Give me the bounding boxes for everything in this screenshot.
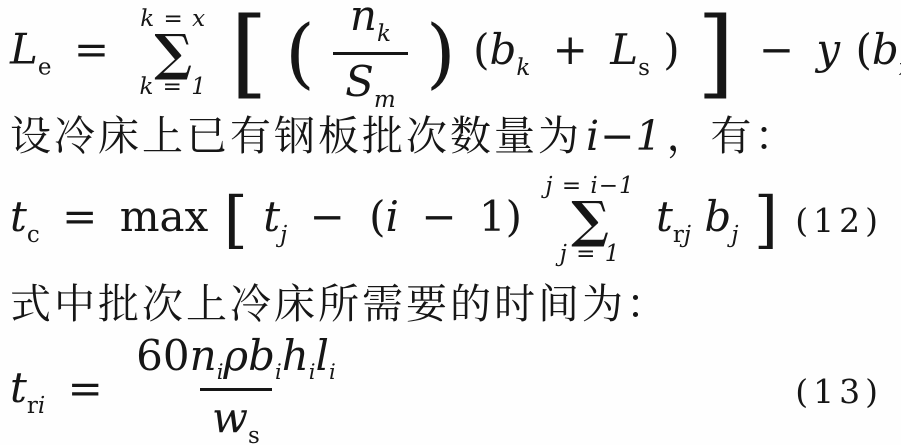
equation-number-12: (12) (795, 201, 883, 240)
subscript-e: e (38, 55, 52, 81)
subscript-i: i (38, 394, 45, 420)
group-bk-Ls: (bk + Ls ) (473, 25, 693, 74)
sigma-icon: ∑ (154, 31, 192, 75)
left-bracket: [ (224, 183, 248, 256)
fraction-numerator: 60niρbihili (128, 334, 343, 388)
summation-k: k = x ∑ k = 1 (139, 7, 206, 99)
paper-scan-page: Le = k = x ∑ k = 1 [ ( nk Sm ) (bk + Ls … (0, 0, 901, 445)
minus-sign: − (310, 192, 345, 241)
equation-number-13: (13) (795, 372, 883, 411)
equation-11-body: Le = k = x ∑ k = 1 [ ( nk Sm ) (bk + Ls … (10, 0, 901, 112)
inline-math-i-minus-1: i−1 (586, 112, 663, 160)
summation-j: j = i−1 ∑ j = 1 (545, 174, 634, 266)
var-y: y (816, 25, 840, 74)
var-bj: b (704, 192, 731, 241)
group-bx1-Ls: (bx+1 + Ls ) (855, 25, 901, 74)
equation-13-body: tri = 60niρbihili ws (10, 334, 347, 445)
subscript-j: j (731, 222, 738, 248)
equation-13-row: tri = 60niρbihili ws (13) (10, 338, 891, 445)
fraction-rate: 60niρbihili ws (128, 334, 343, 445)
subscript-r: r (673, 222, 684, 248)
equals-sign: = (68, 364, 103, 413)
left-bracket: [ (230, 0, 267, 109)
equation-11-row: Le = k = x ∑ k = 1 [ ( nk Sm ) (bk + Ls … (10, 0, 891, 106)
equation-12-row: tc = max [ tj − (i − 1) j = i−1 ∑ j = 1 … (10, 168, 891, 272)
left-paren-large: ( (285, 8, 315, 97)
right-bracket: ] (754, 183, 778, 256)
right-paren-large: ) (426, 8, 456, 97)
text-line-batches: 设冷床上已有钢板批次数量为i−1，有： (10, 106, 891, 168)
right-bracket: ] (697, 0, 734, 109)
equals-sign: = (74, 25, 109, 74)
var-L: L (10, 25, 38, 74)
max-operator: max (120, 192, 209, 241)
chinese-sentence-2: 式中批次上冷床所需要的时间为： (10, 280, 670, 329)
fraction-denominator: ws (200, 388, 272, 445)
subscript-r: r (27, 394, 38, 420)
minus-sign: − (759, 25, 794, 74)
chinese-sentence-1: 设冷床上已有钢板批次数量为i−1，有： (10, 112, 799, 161)
fraction-nk-sm: nk Sm (333, 0, 408, 112)
sum-lower-limit: k = 1 (139, 75, 206, 99)
fraction-numerator: nk (342, 0, 399, 52)
zh-after: ，有： (667, 112, 799, 160)
var-tri: t (10, 364, 27, 413)
var-trj: t (656, 192, 673, 241)
equals-sign: = (62, 192, 97, 241)
equation-12-body: tc = max [ tj − (i − 1) j = i−1 ∑ j = 1 … (10, 174, 780, 266)
group-i-minus-1: (i − 1) (369, 192, 535, 241)
subscript-c: c (27, 222, 40, 248)
sum-lower-limit: j = 1 (560, 242, 621, 266)
sigma-icon: ∑ (571, 198, 609, 242)
zh-before: 设冷床上已有钢板批次数量为 (10, 112, 582, 160)
rho-symbol: ρ (223, 331, 248, 380)
fraction-denominator: Sm (333, 52, 408, 112)
subscript-j: j (280, 222, 287, 248)
var-tj: t (263, 192, 280, 241)
subscript-j: j (684, 222, 691, 248)
text-line-cooling-time: 式中批次上冷床所需要的时间为： (10, 272, 891, 338)
var-t: t (10, 192, 27, 241)
